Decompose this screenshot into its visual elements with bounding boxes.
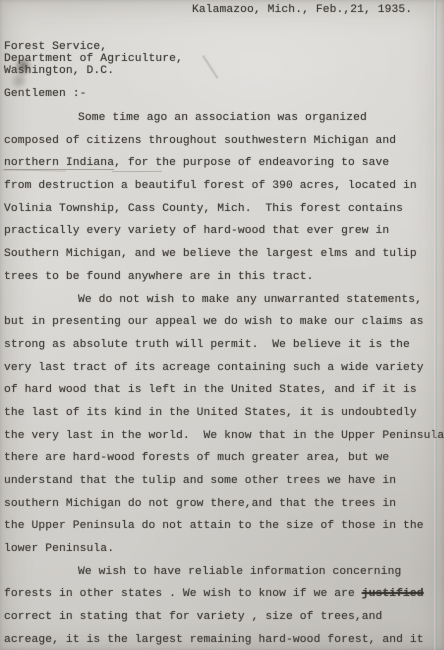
body-line: trees to be found anywhere are in this t… — [4, 266, 444, 289]
body-line: of hard wood that is left in the United … — [4, 379, 444, 402]
address-line: Forest Service, — [4, 41, 183, 53]
body-line: forests in other states . We wish to kno… — [4, 583, 444, 606]
body-line: We do not wish to make any unwarranted s… — [4, 289, 444, 312]
dateline: Kalamazoo, Mich., Feb.,21, 1935. — [192, 4, 412, 18]
body-line: Southern Michigan, and we believe the la… — [4, 243, 444, 266]
page-edge-crease — [434, 0, 437, 650]
address-block: Forest Service, Department of Agricultur… — [4, 41, 183, 77]
body-text: forests in other states . We wish to kno… — [4, 588, 362, 600]
body-line: Some time ago an association was organiz… — [4, 107, 444, 130]
body-line: the last of its kind in the United State… — [4, 402, 444, 425]
scanned-letter-page: Kalamazoo, Mich., Feb.,21, 1935. Forest … — [0, 0, 444, 650]
letter-body: Some time ago an association was organiz… — [4, 107, 444, 650]
body-line: practically every variety of hard-wood t… — [4, 220, 444, 243]
body-line: understand that the tulip and some other… — [4, 470, 444, 493]
body-line: there are hard-wood forests of much grea… — [4, 447, 444, 470]
body-line: Volinia Township, Cass County, Mich. Thi… — [4, 198, 444, 221]
body-line: the Upper Peninsula do not attain to the… — [4, 515, 444, 538]
pencil-mark — [112, 170, 162, 171]
body-line: but in presenting our appeal we do wish … — [4, 311, 444, 334]
body-line: southern Michigan do not grow there,and … — [4, 493, 444, 516]
address-line: Department of Agriculture, — [4, 53, 183, 65]
body-line: We wish to have reliable information con… — [4, 561, 444, 584]
pencil-underlined-words: northern Indiana — [4, 157, 114, 170]
body-line: from destruction a beautiful forest of 3… — [4, 175, 444, 198]
body-line: northern Indiana, for the purpose of end… — [4, 152, 444, 175]
body-line: acreage, it is the largest remaining har… — [4, 629, 444, 650]
body-line: very last tract of its acreage containin… — [4, 357, 444, 380]
salutation: Gentlemen :- — [4, 88, 87, 102]
body-line: strong as absolute truth will permit. We… — [4, 334, 444, 357]
body-line: lower Peninsula. — [4, 538, 444, 561]
crease-mark — [203, 55, 219, 78]
body-line: the very last in the world. We know that… — [4, 425, 444, 448]
address-line: Washington, D.C. — [4, 65, 183, 77]
body-line: correct in stating that for variety , si… — [4, 606, 444, 629]
body-line: composed of citizens throughout southwes… — [4, 130, 444, 153]
body-text: , for the purpose of endeavoring to save — [114, 157, 389, 169]
struck-word: justified — [362, 588, 424, 600]
